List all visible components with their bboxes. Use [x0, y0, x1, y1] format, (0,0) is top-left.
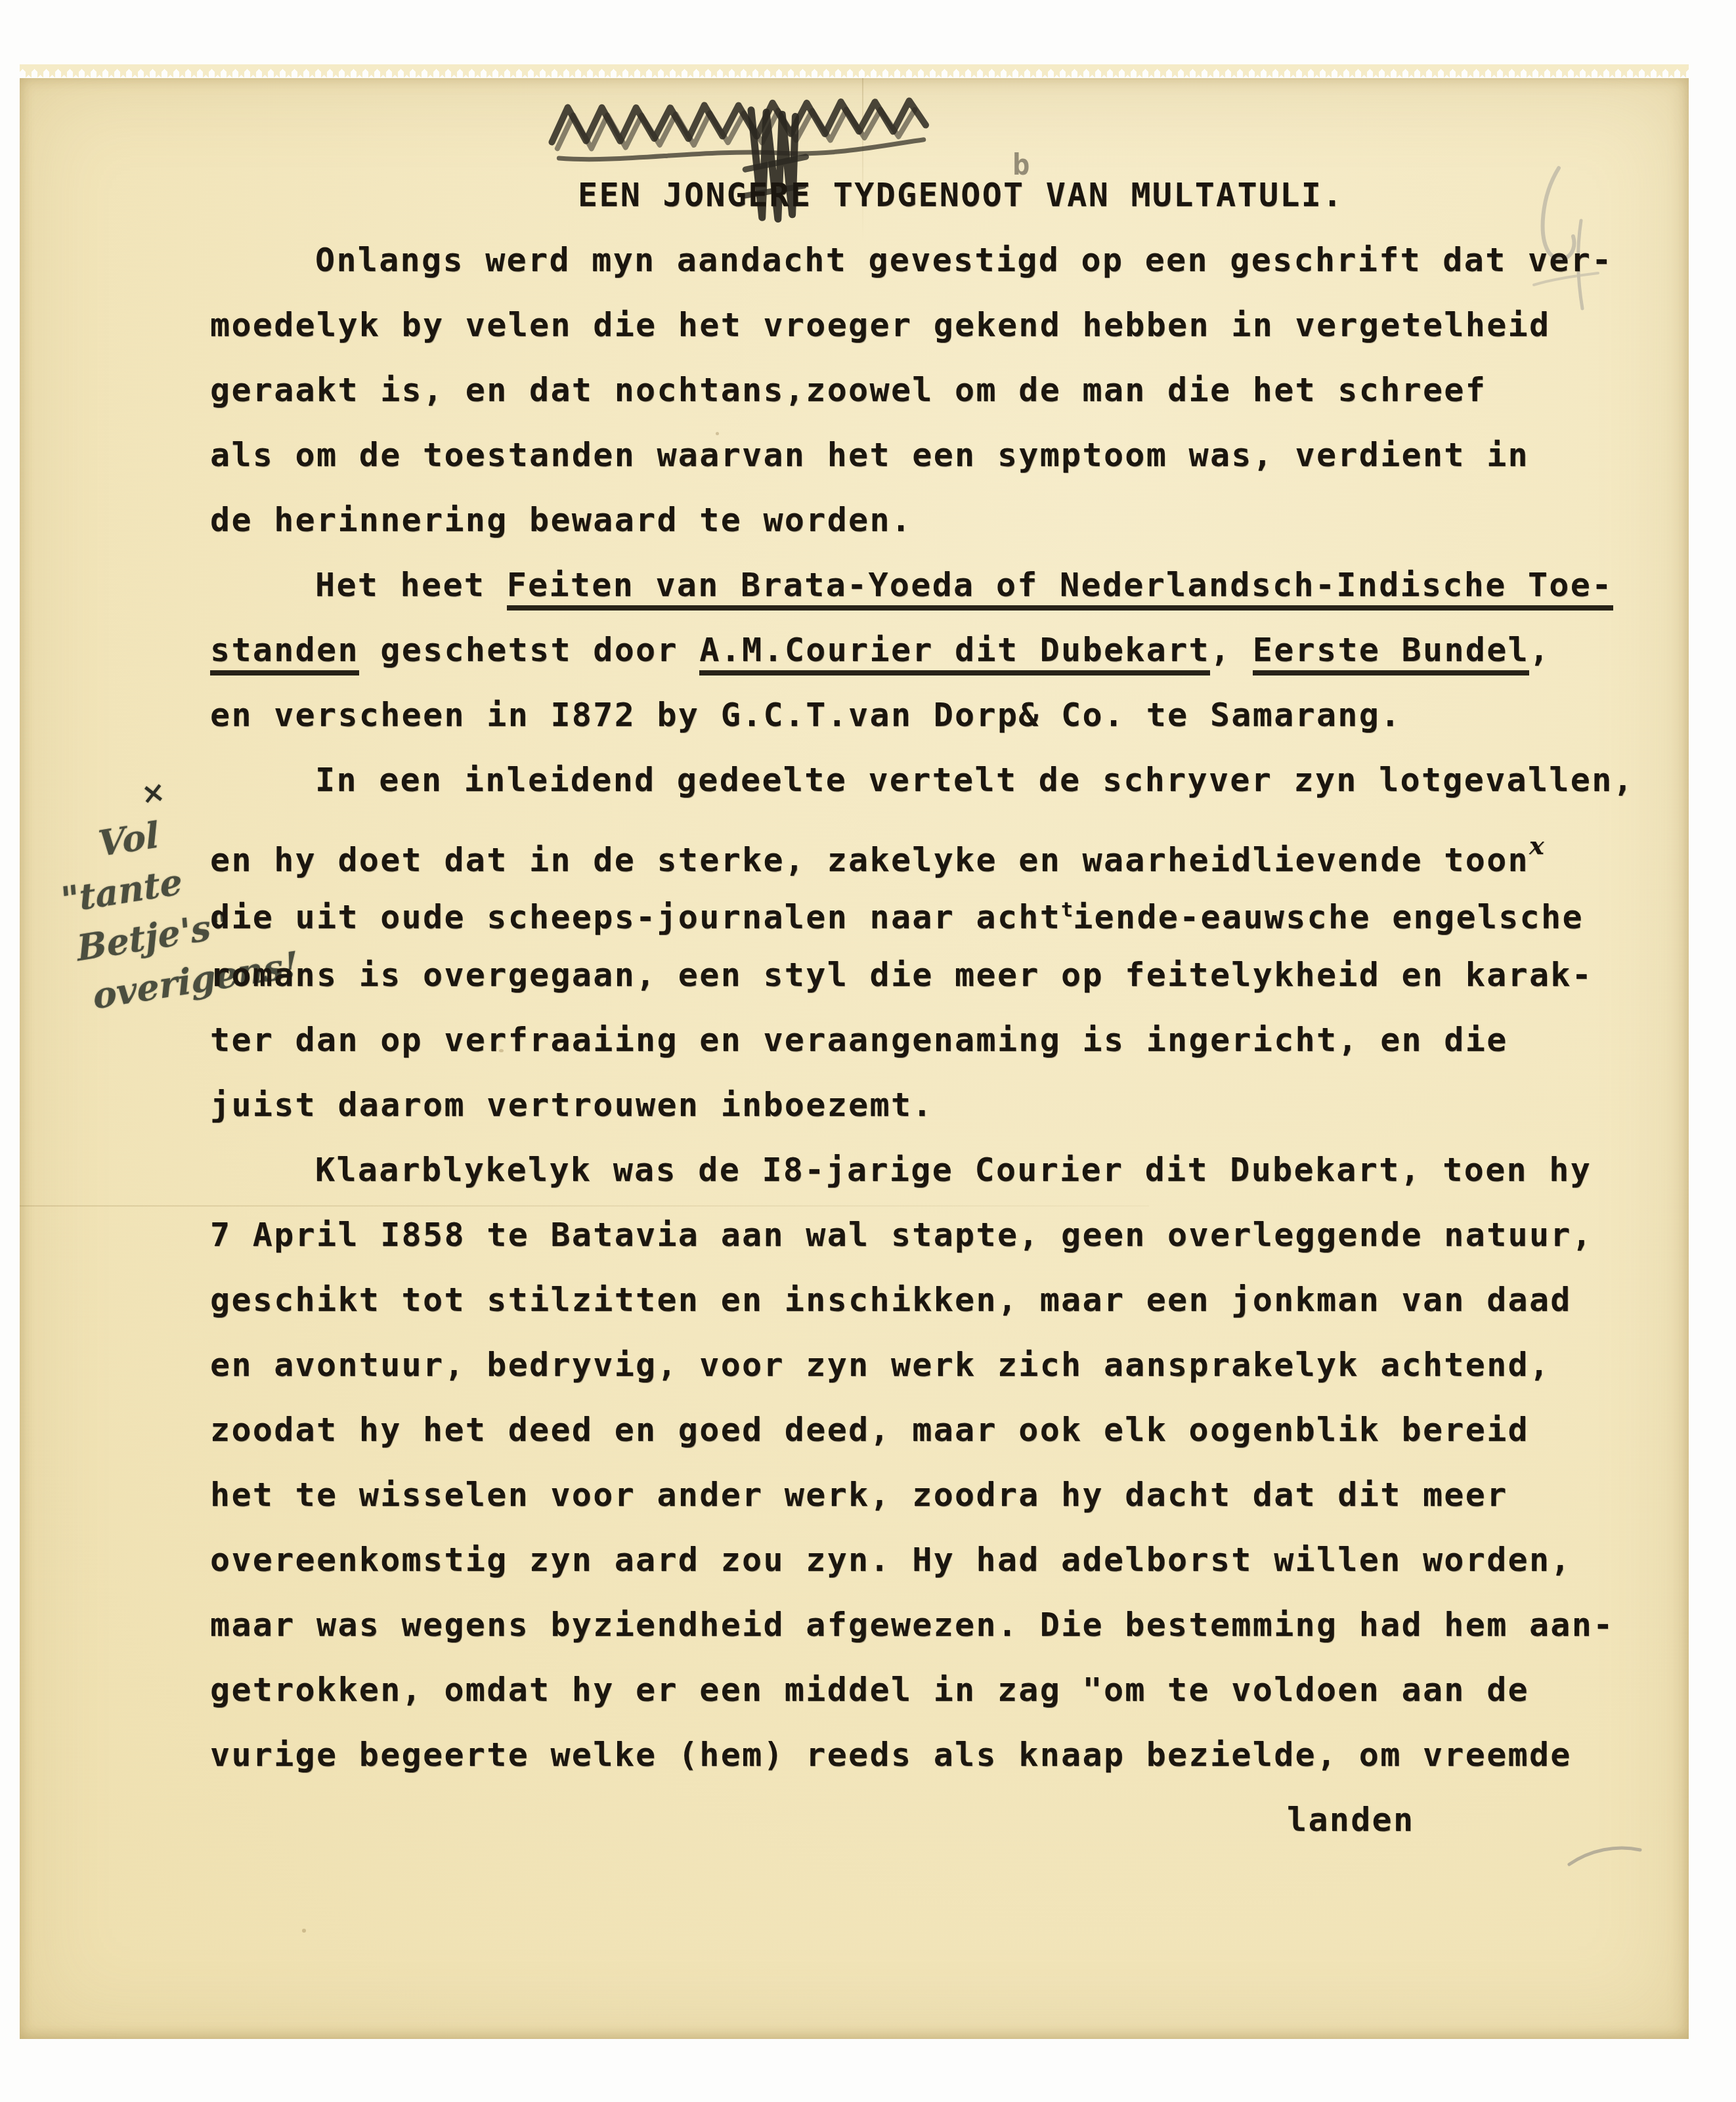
typed-segment: getrokken, omdat hy er een middel in zag… — [210, 1671, 1529, 1709]
typed-segment: en hy doet dat in de sterke, zakelyke en… — [210, 841, 1529, 879]
typed-line: het te wisselen voor ander werk, zoodra … — [210, 1463, 1649, 1528]
typed-segment: die uit oude scheeps-journalen naar acht — [210, 898, 1061, 936]
typed-line: die uit oude scheeps-journalen naar acht… — [210, 878, 1649, 943]
typed-segment: A.M.Courier dit Dubekart — [699, 631, 1210, 676]
typed-line: In een inleidend gedeelte vertelt de sch… — [210, 748, 1649, 813]
typed-segment: moedelyk by velen die het vroeger gekend… — [210, 306, 1550, 344]
typed-segment: In een inleidend gedeelte vertelt de sch… — [315, 761, 1634, 799]
paper-speck — [302, 1929, 306, 1933]
typed-line: maar was wegens byziendheid afgewezen. D… — [210, 1593, 1649, 1658]
typed-segment: de herinnering bewaard te worden. — [210, 501, 912, 539]
typed-line: juist daarom vertrouwen inboezemt. — [210, 1073, 1649, 1138]
typed-line: zoodat hy het deed en goed deed, maar oo… — [210, 1398, 1649, 1463]
typed-segment: geschetst door — [359, 631, 699, 669]
perforated-edge — [20, 64, 1689, 79]
typed-segment: als om de toestanden waarvan het een sym… — [210, 436, 1529, 474]
typed-segment: , — [1210, 631, 1253, 669]
typed-segment: zoodat hy het deed en goed deed, maar oo… — [210, 1411, 1529, 1449]
typed-line: ter dan op verfraaiing en veraangenaming… — [210, 1008, 1649, 1073]
typed-segment: het te wisselen voor ander werk, zoodra … — [210, 1476, 1508, 1514]
typed-line: Het heet Feiten van Brata-Yoeda of Neder… — [210, 553, 1649, 618]
typed-segment: Het heet — [315, 566, 507, 604]
typed-lines: Onlangs werd myn aandacht gevestigd op e… — [210, 228, 1649, 1788]
typed-line: en verscheen in I872 by G.C.T.van Dorp& … — [210, 683, 1649, 748]
typed-text-block: EEN JONGERE TYDGENOOT VAN MULTATULI. Onl… — [210, 163, 1649, 1853]
typed-line: als om de toestanden waarvan het een sym… — [210, 423, 1649, 488]
typed-segment: en avontuur, bedryvig, voor zyn werk zic… — [210, 1346, 1550, 1384]
typed-line: romans is overgegaan, een styl die meer … — [210, 943, 1649, 1008]
typed-segment: maar was wegens byziendheid afgewezen. D… — [210, 1606, 1615, 1644]
typed-line: Onlangs werd myn aandacht gevestigd op e… — [210, 228, 1649, 293]
typed-line: moedelyk by velen die het vroeger gekend… — [210, 293, 1649, 358]
typed-line: standen geschetst door A.M.Courier dit D… — [210, 618, 1649, 683]
typed-segment: Klaarblykelyk was de I8-jarige Courier d… — [315, 1151, 1592, 1189]
typed-line: en hy doet dat in de sterke, zakelyke en… — [210, 813, 1649, 878]
typed-line: de herinnering bewaard te worden. — [210, 488, 1649, 553]
typed-segment: geschikt tot stilzitten en inschikken, m… — [210, 1281, 1572, 1319]
typed-segment: , — [1529, 631, 1550, 669]
typed-line: en avontuur, bedryvig, voor zyn werk zic… — [210, 1333, 1649, 1398]
typed-line: vurige begeerte welke (hem) reeds als kn… — [210, 1723, 1649, 1788]
document-title: EEN JONGERE TYDGENOOT VAN MULTATULI. — [578, 163, 1649, 228]
typed-segment: Feiten van Brata-Yoeda of Nederlandsch-I… — [507, 566, 1613, 611]
typed-segment: vurige begeerte welke (hem) reeds als kn… — [210, 1736, 1572, 1774]
typed-line: Klaarblykelyk was de I8-jarige Courier d… — [210, 1138, 1649, 1203]
typed-segment: en verscheen in I872 by G.C.T.van Dorp& … — [210, 696, 1402, 734]
typed-segment: Eerste Bundel — [1253, 631, 1529, 676]
typed-segment: ter dan op verfraaiing en veraangenaming… — [210, 1021, 1508, 1059]
typed-line: geschikt tot stilzitten en inschikken, m… — [210, 1268, 1649, 1333]
typed-segment: x — [1529, 830, 1544, 860]
typed-segment: standen — [210, 631, 359, 676]
typed-line: getrokken, omdat hy er een middel in zag… — [210, 1658, 1649, 1723]
typed-line: overeenkomstig zyn aard zou zyn. Hy had … — [210, 1528, 1649, 1593]
pencil-swash-mark — [1563, 1830, 1655, 1876]
typed-line: 7 April I858 te Batavia aan wal stapte, … — [210, 1203, 1649, 1268]
typed-segment: 7 April I858 te Batavia aan wal stapte, … — [210, 1216, 1593, 1254]
typed-segment: juist daarom vertrouwen inboezemt. — [210, 1086, 934, 1124]
typed-segment: Onlangs werd myn aandacht gevestigd op e… — [315, 241, 1613, 279]
scan-background: { "colors": { "paper": "#f3e7bf", "ink":… — [0, 0, 1736, 2102]
typed-segment: romans is overgegaan, een styl die meer … — [210, 956, 1593, 994]
typed-segment: overeenkomstig zyn aard zou zyn. Hy had … — [210, 1541, 1572, 1579]
typed-line: geraakt is, en dat nochtans,zoowel om de… — [210, 358, 1649, 423]
typed-segment: iende-eauwsche engelsche — [1073, 898, 1584, 936]
paper-sheet: b × Vol "tante Betje's" overigens! EEN J… — [20, 64, 1689, 2039]
typed-segment: t — [1061, 899, 1073, 922]
typed-segment: geraakt is, en dat nochtans,zoowel om de… — [210, 371, 1486, 409]
